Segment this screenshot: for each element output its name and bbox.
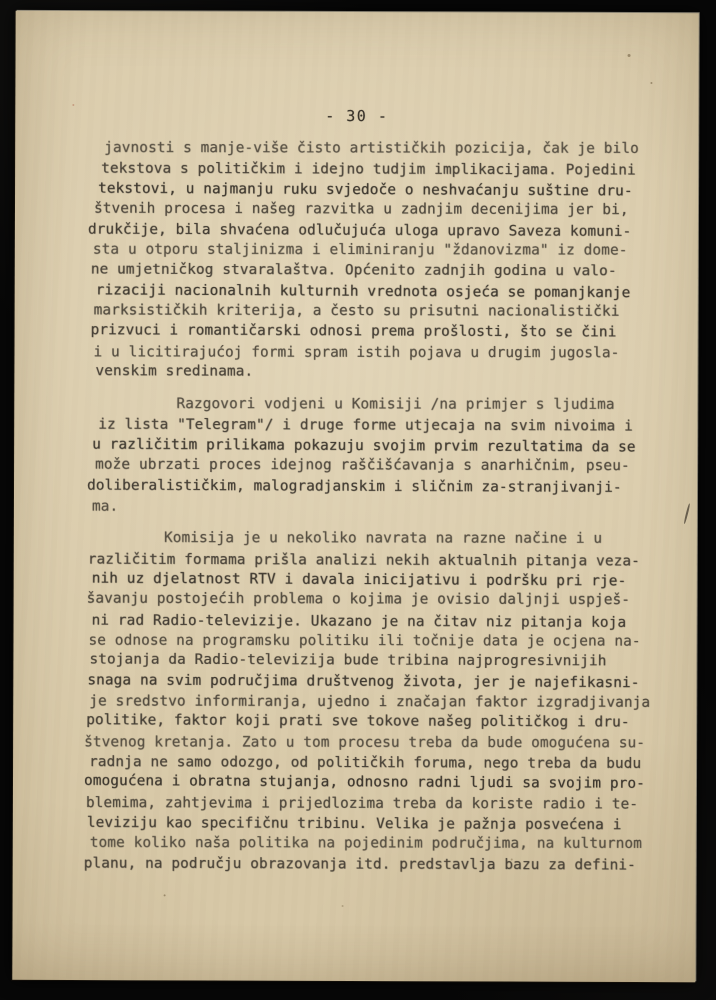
text-line: stojanja da Radio-televizija bude tribin… [89, 649, 664, 671]
text-line: javnosti s manje-više čisto artističkih … [104, 138, 666, 159]
text-line: Komisija je u nekoliko navrata na razne … [94, 528, 665, 549]
paper-speck [342, 905, 344, 907]
stray-ink-mark [683, 503, 690, 524]
paper-speck [164, 894, 166, 896]
text-line: ne umjetničkog stvaralaštva. Općenito za… [91, 259, 666, 281]
text-line: prizvuci i romantičarski odnosi prema pr… [91, 320, 666, 343]
paper-speck [433, 290, 435, 292]
paper-speck [650, 82, 652, 84]
page-number: - 30 - [15, 106, 698, 126]
text-line: doliberalističkim, malogradjanskim i sli… [87, 476, 665, 499]
paper-speck [511, 859, 513, 861]
text-line: snaga na svim područjima društvenog živo… [87, 671, 664, 694]
text-line: sta u otporu staljinizma i eliminiranju … [93, 240, 666, 261]
text-line: venskim sredinama. [95, 361, 665, 383]
text-line: se odnose na programsku politiku ili toč… [88, 630, 664, 651]
text-line: blemima, zahtjevima i prijedlozima treba… [86, 793, 664, 815]
text-line: ma. [92, 496, 665, 517]
text-line: i u licitirajućoj formi spram istih poja… [93, 342, 665, 363]
text-line: štvenog kretanja. Zato u tom procesu tre… [84, 733, 664, 754]
text-line: Razgovori vodjeni u Komisiji /na primjer… [106, 394, 665, 415]
text-line: može ubrzati proces idejnog raščišćavanj… [95, 455, 665, 477]
paragraph-3: Komisija je u nekoliko navrata na razne … [99, 528, 665, 875]
text-line: štvenih procesa i našeg razvitka u zadnj… [94, 199, 666, 221]
text-line: šavanju postojećih problema o kojima je … [87, 589, 665, 611]
text-line: ni rad Radio-televizije. Ukazano je na č… [92, 610, 665, 633]
text-line: omogućena i obratna stujanja, odnosno ra… [84, 771, 664, 794]
paper-speck [628, 54, 631, 57]
paragraph-1: javnosti s manje-više čisto artističkih … [100, 138, 666, 384]
text-line: politike, faktor koji prati sve tokove n… [86, 710, 664, 733]
text-line: leviziju kao specifičnu tribinu. Velika … [87, 812, 664, 835]
text-line: tekstova s političkim i idejno tudjim im… [101, 159, 666, 181]
text-line: planu, na području obrazovanja itd. pred… [84, 854, 664, 876]
scan-background: - 30 - javnosti s manje-više čisto artis… [0, 0, 716, 1000]
paragraph-2: Razgovori vodjeni u Komisiji /na primjer… [100, 394, 665, 518]
paper-speck [72, 104, 74, 106]
document-page: - 30 - javnosti s manje-više čisto artis… [12, 11, 698, 982]
text-line: marksističkih kriterija, a često su pris… [94, 301, 666, 323]
text-line: tome koliko naša politika na pojedinim p… [90, 833, 664, 854]
document-text: javnosti s manje-više čisto artističkih … [99, 138, 667, 888]
